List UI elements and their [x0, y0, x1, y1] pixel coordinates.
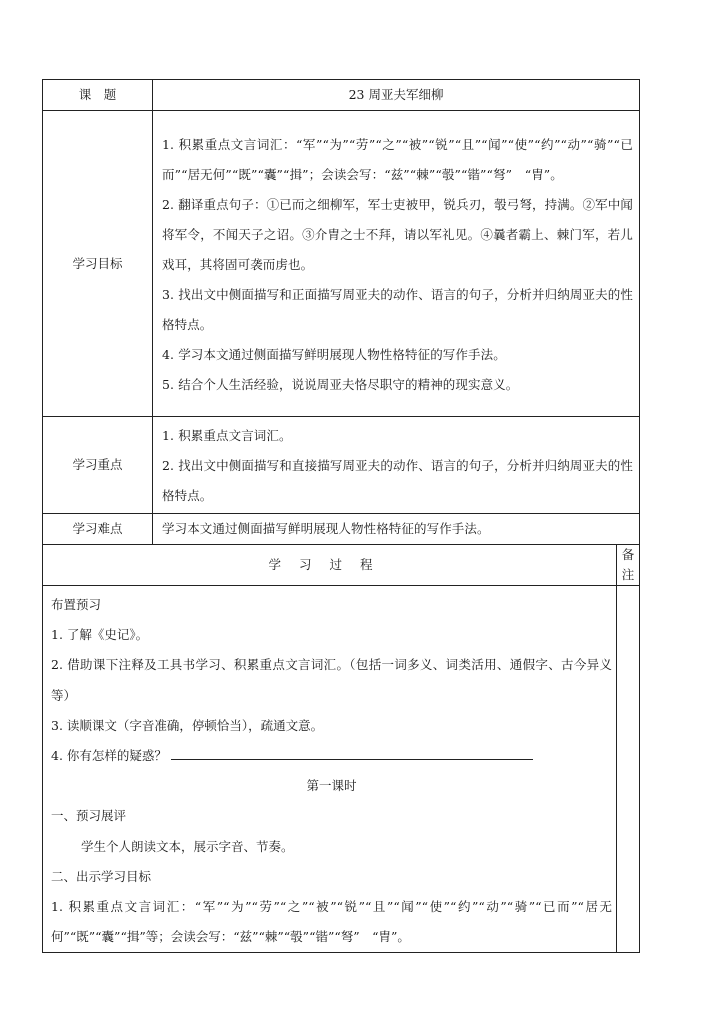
lesson-plan-page: 课 题 23 周亚夫军细柳 学习目标 1. 积累重点文言词汇：“军”“为”“劳”… [42, 79, 639, 932]
key-points-row: 学习重点 1. 积累重点文言词汇。 2. 找出文中侧面描写和直接描写周亚夫的动作… [43, 417, 640, 514]
objectives-row: 学习目标 1. 积累重点文言词汇：“军”“为”“劳”“之”“被”“锐”“且”“闻… [43, 111, 640, 417]
objective-item: 1. 积累重点文言词汇：“军”“为”“劳”“之”“被”“锐”“且”“闻”“使”“… [162, 130, 633, 190]
remark-header: 备 注 [617, 545, 640, 586]
section-1-text: 学生个人朗读文本，展示字音、节奏。 [51, 832, 612, 862]
process-header-row: 学习过程 备 注 [43, 545, 640, 586]
difficulty-text: 学习本文通过侧面描写鲜明展现人物性格特征的写作手法。 [162, 514, 633, 544]
key-points-label: 学习重点 [43, 417, 153, 514]
question-text: 4. 你有怎样的疑惑？ [51, 748, 167, 763]
answer-blank-line[interactable] [171, 743, 533, 760]
subject-row: 课 题 23 周亚夫军细柳 [43, 80, 640, 111]
lesson-plan-table: 课 题 23 周亚夫军细柳 学习目标 1. 积累重点文言词汇：“军”“为”“劳”… [42, 79, 640, 953]
preview-item: 2. 借助课下注释及工具书学习、积累重点文言词汇。（包括一词多义、词类活用、通假… [51, 650, 612, 710]
key-point-item: 1. 积累重点文言词汇。 [162, 421, 633, 451]
process-body-row: 布置预习 1. 了解《史记》。 2. 借助课下注释及工具书学习、积累重点文言词汇… [43, 586, 640, 953]
process-content: 布置预习 1. 了解《史记》。 2. 借助课下注释及工具书学习、积累重点文言词汇… [43, 586, 617, 953]
objectives-content: 1. 积累重点文言词汇：“军”“为”“劳”“之”“被”“锐”“且”“闻”“使”“… [153, 111, 640, 417]
difficulty-row: 学习难点 学习本文通过侧面描写鲜明展现人物性格特征的写作手法。 [43, 514, 640, 545]
objectives-label: 学习目标 [43, 111, 153, 417]
objective-item: 2. 翻译重点句子：①已而之细柳军，军士吏被甲，锐兵刃，彀弓弩，持满。②军中闻将… [162, 190, 633, 280]
section-2-item: 1. 积累重点文言词汇：“军”“为”“劳”“之”“被”“锐”“且”“闻”“使”“… [51, 892, 612, 952]
process-header: 学习过程 [43, 545, 617, 586]
key-points-content: 1. 积累重点文言词汇。 2. 找出文中侧面描写和直接描写周亚夫的动作、语言的句… [153, 417, 640, 514]
remark-cell [617, 586, 640, 953]
lesson-period-title: 第一课时 [51, 771, 612, 801]
preview-item: 3. 读顺课文（字音准确，停顿恰当），疏通文意。 [51, 711, 612, 741]
remark-header-char-2: 注 [622, 567, 635, 582]
preview-item-question: 4. 你有怎样的疑惑？ [51, 741, 612, 771]
objective-item: 3. 找出文中侧面描写和正面描写周亚夫的动作、语言的句子，分析并归纳周亚夫的性格… [162, 280, 633, 340]
subject-label: 课 题 [43, 80, 153, 111]
objective-item: 4. 学习本文通过侧面描写鲜明展现人物性格特征的写作手法。 [162, 340, 633, 370]
key-point-item: 2. 找出文中侧面描写和直接描写周亚夫的动作、语言的句子，分析并归纳周亚夫的性格… [162, 451, 633, 511]
objective-item: 5. 结合个人生活经验，说说周亚夫恪尽职守的精神的现实意义。 [162, 370, 633, 400]
difficulty-content: 学习本文通过侧面描写鲜明展现人物性格特征的写作手法。 [153, 514, 640, 545]
preview-item: 1. 了解《史记》。 [51, 620, 612, 650]
section-1-title: 一、预习展评 [51, 801, 612, 831]
remark-header-char-1: 备 [622, 547, 635, 562]
lesson-title: 23 周亚夫军细柳 [153, 80, 640, 111]
section-2-title: 二、出示学习目标 [51, 862, 612, 892]
difficulty-label: 学习难点 [43, 514, 153, 545]
preview-title: 布置预习 [51, 590, 612, 620]
